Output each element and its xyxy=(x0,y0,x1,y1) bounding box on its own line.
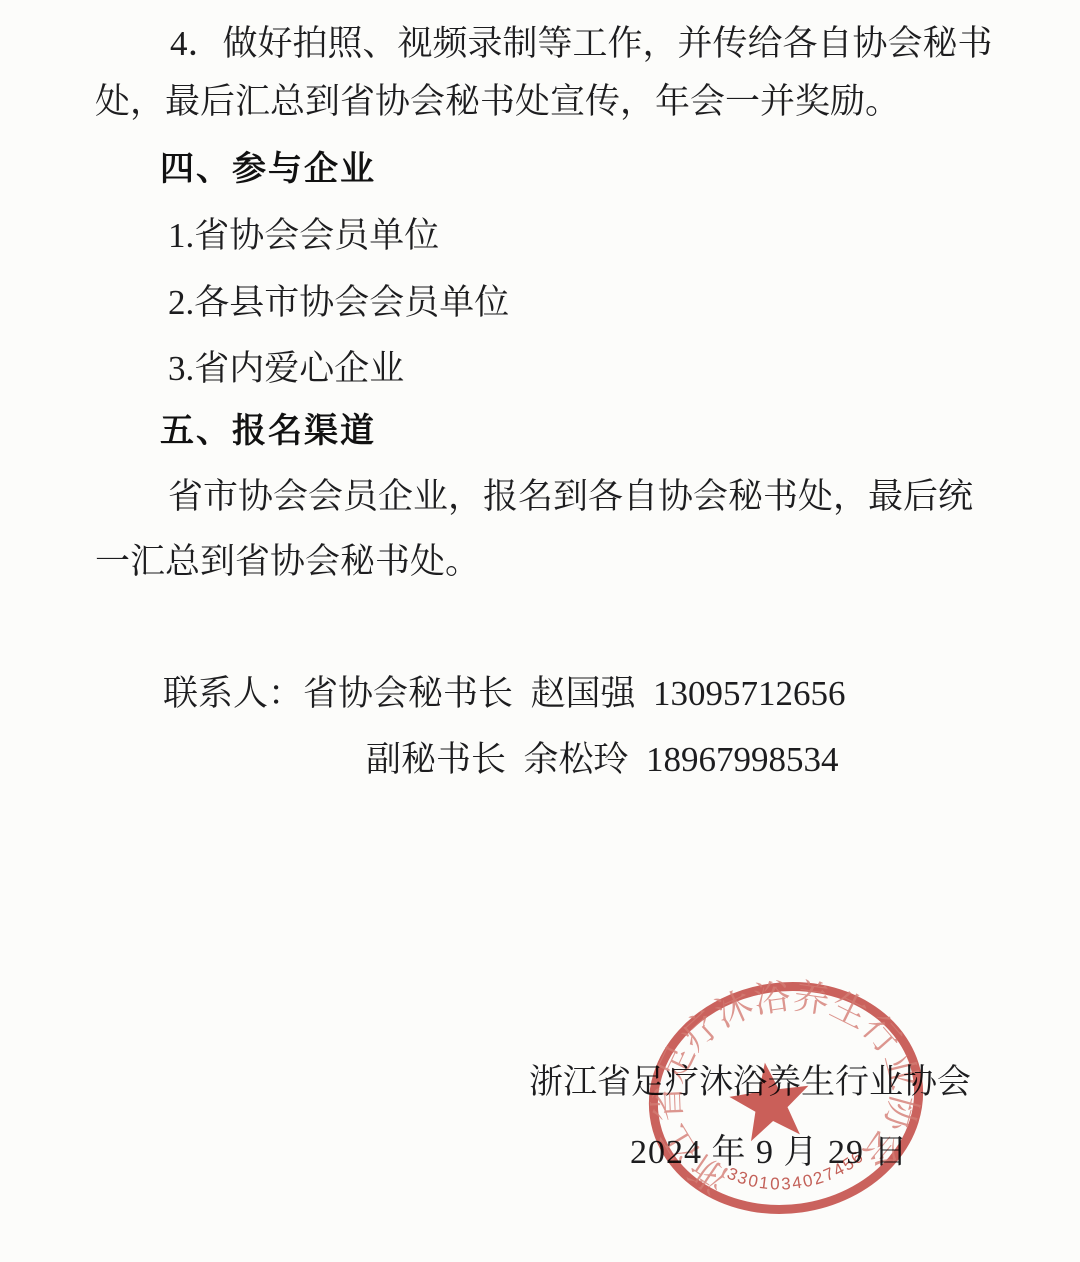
document-page: 4．做好拍照、视频录制等工作，并传给各自协会秘书 处，最后汇总到省协会秘书处宣传… xyxy=(0,0,1080,1262)
paragraph-5-line-2: 一汇总到省协会秘书处。 xyxy=(95,542,480,582)
paragraph-4-line-1: 4．做好拍照、视频录制等工作，并传给各自协会秘书 xyxy=(170,24,993,64)
list-item-2: 2.各县市协会会员单位 xyxy=(168,283,509,323)
list-item-1: 1.省协会会员单位 xyxy=(168,216,439,256)
paragraph-4-line-2: 处，最后汇总到省协会秘书处宣传，年会一并奖励。 xyxy=(95,82,900,122)
contact-line-deputy-secretary: 副秘书长 余松玲 18967998534 xyxy=(366,740,839,780)
section-heading-registration-channel: 五、报名渠道 xyxy=(160,412,376,451)
seal-star-icon xyxy=(725,1057,815,1143)
paragraph-5-line-1: 省市协会会员企业，报名到各自协会秘书处，最后统 xyxy=(168,477,973,517)
list-item-3: 3.省内爱心企业 xyxy=(168,349,404,389)
contact-line-secretary-general: 联系人：省协会秘书长 赵国强 13095712656 xyxy=(163,674,846,714)
section-heading-participating-companies: 四、参与企业 xyxy=(160,150,376,189)
official-seal: 浙江省足疗沐浴养生行业协会 3301034027456 xyxy=(622,955,950,1242)
